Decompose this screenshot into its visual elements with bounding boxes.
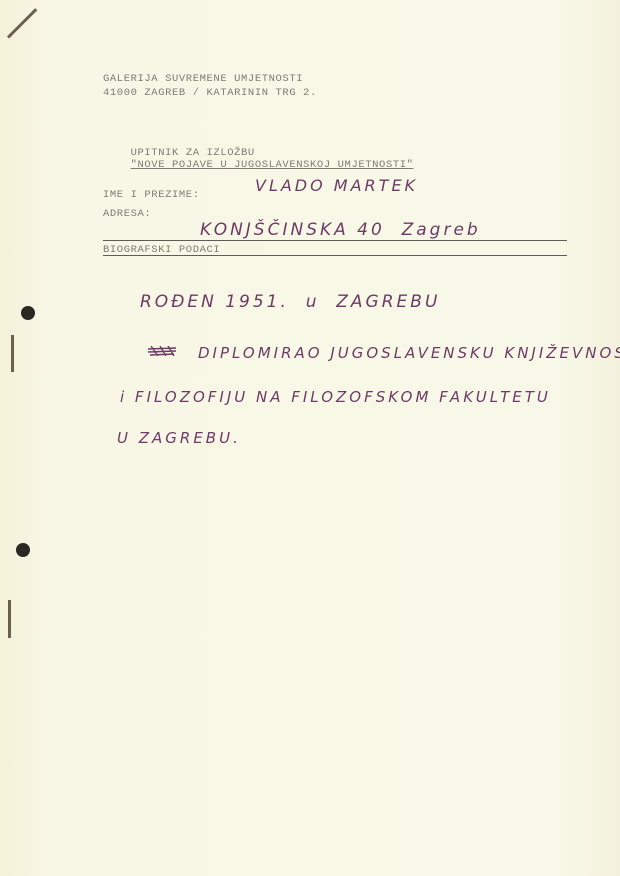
margin-mark — [8, 600, 11, 638]
exhibition-title: "NOVE POJAVE U JUGOSLAVENSKOJ UMJETNOSTI… — [131, 159, 414, 171]
address-value: KONJŠČINSKA 40 Zagreb — [200, 220, 481, 240]
form-title-prefix: UPITNIK ZA IZLOŽBU — [131, 147, 255, 159]
bio-line-2: DIPLOMIRAO JUGOSLAVENSKU KNJIŽEVNOST — [198, 344, 620, 362]
name-label: IME I PREZIME: — [103, 189, 200, 201]
document-page: GALERIJA SUVREMENE UMJETNOSTI 41000 ZAGR… — [0, 0, 620, 876]
divider-line — [103, 255, 567, 256]
margin-mark — [11, 335, 14, 372]
bio-line-4: U ZAGREBU. — [117, 429, 241, 447]
institution-name: GALERIJA SUVREMENE UMJETNOSTI — [103, 73, 303, 85]
punch-hole — [21, 306, 35, 320]
punch-hole — [16, 543, 30, 557]
staple-mark — [7, 8, 37, 38]
name-value: VLADO MARTEK — [255, 176, 418, 195]
bio-line-1: ROĐEN 1951. u ZAGREBU — [140, 292, 440, 312]
divider-line — [103, 240, 567, 241]
institution-address: 41000 ZAGREB / KATARININ TRG 2. — [103, 87, 317, 99]
address-label: ADRESA: — [103, 208, 151, 220]
crossed-out-word — [148, 346, 176, 356]
bio-line-3: i FILOZOFIJU NA FILOZOFSKOM FAKULTETU — [120, 388, 551, 406]
